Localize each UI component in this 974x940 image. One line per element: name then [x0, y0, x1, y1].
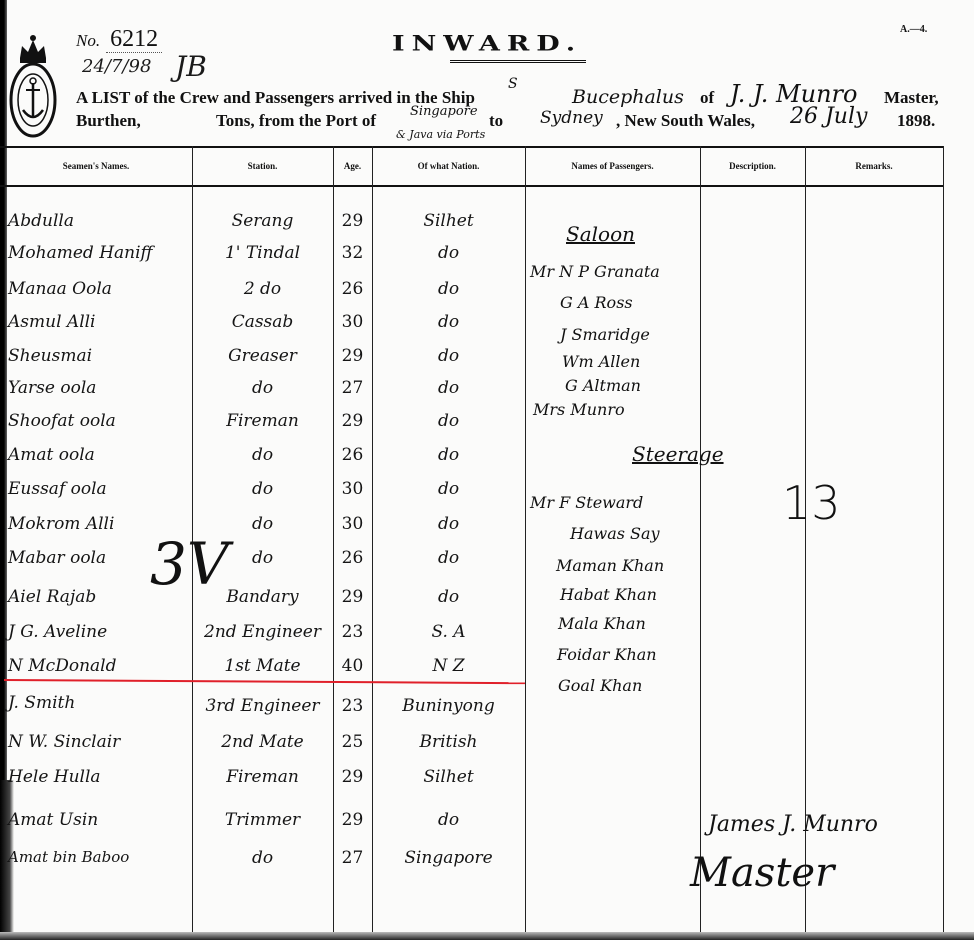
crew-age: 26	[333, 279, 372, 299]
crew-age: 30	[333, 514, 372, 534]
column-divider	[943, 146, 944, 932]
crew-station: do	[192, 848, 333, 868]
crew-name: Amat Usin	[8, 810, 98, 830]
passenger-name: Habat Khan	[560, 585, 657, 604]
crew-age: 40	[333, 656, 372, 676]
crew-age: 23	[333, 696, 372, 716]
ship-correction-mark: S	[508, 76, 518, 92]
page-title: INWARD.	[392, 31, 582, 56]
crew-age: 23	[333, 622, 372, 642]
crew-age: 27	[333, 378, 372, 398]
crew-age: 29	[333, 411, 372, 431]
crew-name: Mokrom Alli	[8, 514, 114, 534]
crew-age: 25	[333, 732, 372, 752]
shipping-department-seal-icon	[8, 28, 58, 140]
crew-name: Asmul Alli	[8, 312, 96, 332]
crew-name: J. Smith	[8, 693, 75, 713]
steerage-heading: Steerage	[632, 442, 724, 466]
crew-name: Yarse oola	[8, 378, 96, 398]
state-label: , New South Wales,	[616, 111, 755, 131]
header-nation: Of what Nation.	[372, 161, 525, 171]
crew-nation: do	[372, 548, 525, 568]
crew-tick-mark: 3V	[150, 530, 229, 598]
crew-nation: British	[372, 732, 525, 752]
crew-name: Amat bin Baboo	[8, 848, 129, 866]
header-line-2: Burthen,	[76, 111, 141, 131]
crew-nation: do	[372, 411, 525, 431]
passenger-name: Mr N P Granata	[530, 262, 660, 281]
header-passenger-names: Names of Passengers.	[525, 161, 700, 171]
burthen-label: Burthen,	[76, 111, 141, 130]
crew-nation: do	[372, 445, 525, 465]
header-remarks: Remarks.	[805, 161, 943, 171]
crew-age: 29	[333, 587, 372, 607]
crew-nation: Silhet	[372, 767, 525, 787]
crew-station: do	[192, 479, 333, 499]
clerk-initials: JB	[175, 50, 207, 83]
crew-station: 1st Mate	[192, 656, 333, 676]
master-label: Master,	[884, 88, 939, 108]
crew-station: Trimmer	[192, 810, 333, 830]
crew-age: 27	[333, 848, 372, 868]
crew-station: 2 do	[192, 279, 333, 299]
form-number-value: 6212	[106, 26, 162, 53]
tons-from-port-label: Tons, from the Port of	[216, 111, 376, 131]
ship-name: Bucephalus	[572, 86, 684, 108]
from-port-extra: & Java via Ports	[396, 128, 485, 141]
crew-name: Shoofat oola	[8, 411, 116, 431]
crew-name: Sheusmai	[8, 346, 92, 366]
passenger-name: Goal Khan	[558, 676, 642, 695]
form-number: No.6212	[76, 26, 162, 53]
master-signature: James J. Munro	[708, 812, 878, 837]
crew-age: 29	[333, 810, 372, 830]
crew-nation: do	[372, 346, 525, 366]
passenger-name: J Smaridge	[560, 325, 650, 344]
passenger-name: Mrs Munro	[533, 400, 625, 419]
form-code: A.—4.	[900, 24, 927, 35]
crew-name: Manaa Oola	[8, 279, 112, 299]
crew-nation: do	[372, 378, 525, 398]
crew-station: Fireman	[192, 767, 333, 787]
arrival-year: 1898.	[897, 111, 935, 131]
column-divider	[700, 146, 701, 932]
crew-station: 2nd Mate	[192, 732, 333, 752]
master-signature-title: Master	[690, 850, 834, 896]
column-divider	[525, 146, 526, 932]
passenger-name: Hawas Say	[570, 524, 660, 543]
passenger-name: G Altman	[565, 376, 641, 395]
crew-name: Aiel Rajab	[8, 587, 96, 607]
crew-age: 29	[333, 767, 372, 787]
crew-age: 30	[333, 479, 372, 499]
crew-nation: do	[372, 514, 525, 534]
red-divider-line	[4, 679, 525, 684]
crew-name: Hele Hulla	[8, 767, 101, 787]
crew-age: 26	[333, 445, 372, 465]
crew-age: 32	[333, 243, 372, 263]
passenger-name: Maman Khan	[556, 556, 664, 575]
crew-station: Fireman	[192, 411, 333, 431]
crew-nation: Silhet	[372, 211, 525, 231]
saloon-heading: Saloon	[566, 222, 635, 246]
passenger-name: Foidar Khan	[557, 645, 657, 664]
crew-station: do	[192, 445, 333, 465]
crew-nation: do	[372, 810, 525, 830]
crew-name: Mohamed Haniff	[8, 243, 153, 263]
title-underline	[450, 60, 586, 63]
crew-nation: do	[372, 479, 525, 499]
header-description: Description.	[700, 161, 805, 171]
passenger-name: Wm Allen	[562, 352, 640, 371]
crew-name: N W. Sinclair	[8, 732, 120, 752]
crew-station: 2nd Engineer	[192, 622, 333, 642]
crew-station: 3rd Engineer	[192, 696, 333, 716]
list-prefix-text: A LIST of the Crew and Passengers arrive…	[76, 88, 438, 107]
crew-name: N McDonald	[8, 656, 116, 676]
scan-bottom-shadow	[0, 932, 974, 940]
crew-nation: do	[372, 312, 525, 332]
passenger-name: Mr F Steward	[530, 493, 643, 512]
to-label: to	[489, 111, 503, 131]
crew-station: Serang	[192, 211, 333, 231]
crew-age: 30	[333, 312, 372, 332]
passenger-name: G A Ross	[560, 293, 633, 312]
passenger-count: 13	[782, 476, 841, 530]
crew-nation: do	[372, 587, 525, 607]
header-age: Age.	[333, 161, 372, 171]
crew-station: Greaser	[192, 346, 333, 366]
crew-station: do	[192, 378, 333, 398]
crew-station: Cassab	[192, 312, 333, 332]
form-number-label: No.	[76, 31, 100, 50]
crew-nation: S. A	[372, 622, 525, 642]
of-label: of	[700, 88, 714, 108]
received-date-note: 24/7/98	[82, 56, 151, 77]
crew-name: Eussaf oola	[8, 479, 107, 499]
crew-station: 1' Tindal	[192, 243, 333, 263]
crew-nation: Singapore	[372, 848, 525, 868]
crew-nation: Buninyong	[372, 696, 525, 716]
header-station: Station.	[192, 161, 333, 171]
passenger-name: Mala Khan	[558, 614, 646, 633]
crew-name: Abdulla	[8, 211, 74, 231]
table-top-rule	[0, 146, 944, 148]
crew-nation: do	[372, 279, 525, 299]
crew-nation: do	[372, 243, 525, 263]
crew-nation: N Z	[372, 656, 525, 676]
crew-age: 29	[333, 346, 372, 366]
crew-name: J G. Aveline	[8, 622, 107, 642]
from-port: Singapore	[410, 104, 478, 119]
manifest-page: No.6212 24/7/98 JB A.—4. INWARD. A LIST …	[0, 0, 974, 940]
crew-name: Mabar oola	[8, 548, 106, 568]
crew-age: 26	[333, 548, 372, 568]
arrival-date: 26 July	[790, 104, 867, 129]
header-seamens-names: Seamen's Names.	[0, 161, 192, 171]
crew-age: 29	[333, 211, 372, 231]
crew-name: Amat oola	[8, 445, 95, 465]
to-port: Sydney	[540, 108, 603, 128]
table-header-rule	[0, 185, 944, 187]
